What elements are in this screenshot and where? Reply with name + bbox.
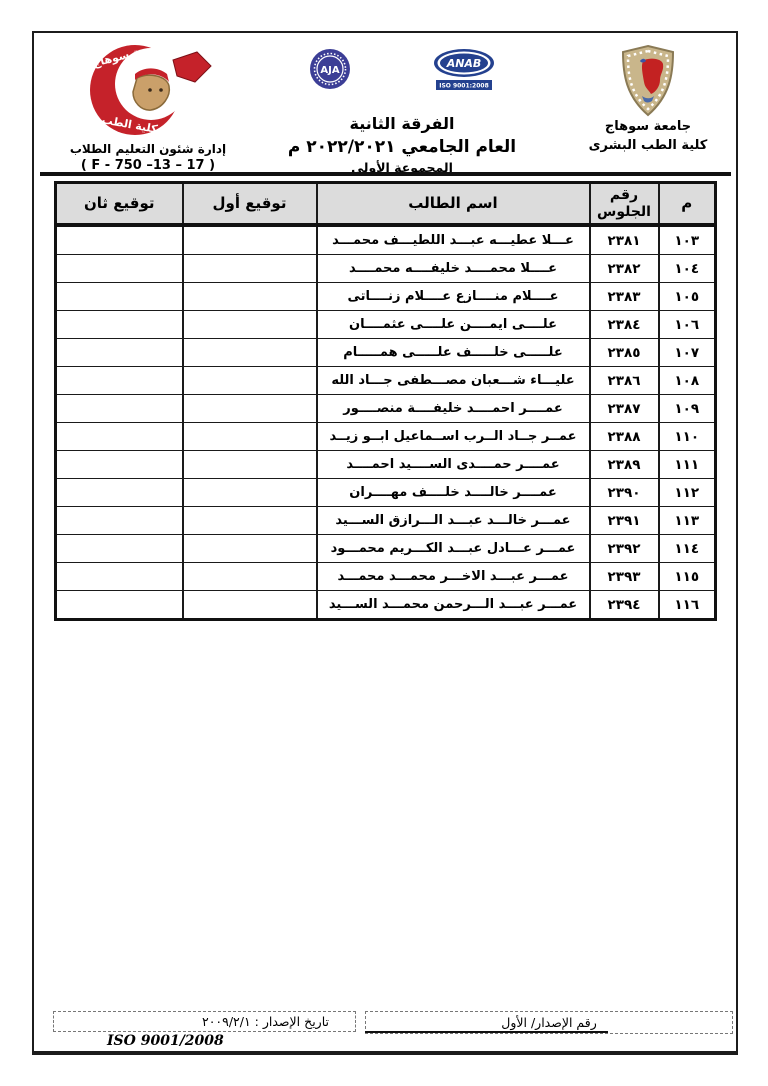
students-tbody: ١٠٣ ٢٣٨١ عـــلا عطيـــه عبـــد اللطيـــف… (56, 225, 716, 620)
student-row: ١١٠ ٢٣٨٨ عمــر جــاد الــرب اســماعيل اب… (56, 423, 716, 451)
seat-number-cell: ٢٣٨٢ (590, 255, 659, 283)
seat-number-cell: ٢٣٨٨ (590, 423, 659, 451)
student-row: ١٠٣ ٢٣٨١ عـــلا عطيـــه عبـــد اللطيـــف… (56, 225, 716, 255)
student-name-cell: عمـــر عـــادل عبـــد الكـــريم محمـــود (317, 535, 590, 563)
seat-number-cell: ٢٣٨٧ (590, 395, 659, 423)
serial-cell: ١١١ (659, 451, 716, 479)
second-signature-cell (56, 395, 183, 423)
student-name-cell: عمـــر عبـــد الاخـــر محمـــد محمـــد (317, 563, 590, 591)
seat-number-cell: ٢٣٩٣ (590, 563, 659, 591)
student-name-cell: علــــى ايمــــن علــــى عثمــــان (317, 311, 590, 339)
col-second-signature-header: توقيع ثان (56, 183, 183, 226)
form-code: ( F - 750 –13 – 17 ) (58, 158, 238, 173)
header-title-block: ANAB ISO 9001:2008 AJA الفرقة الثانية ال… (272, 48, 532, 175)
table-header-row: م رقم الجلوس اسم الطالب توقيع أول توقيع … (56, 183, 716, 226)
student-name-cell: علـــــى خلـــــف علـــــى همـــــام (317, 339, 590, 367)
seat-number-cell: ٢٣٨٦ (590, 367, 659, 395)
student-row: ١٠٧ ٢٣٨٥ علـــــى خلـــــف علـــــى همــ… (56, 339, 716, 367)
issue-date-box: تاريخ الإصدار : ٢٠٠٩/٢/١ (53, 1011, 356, 1032)
first-signature-cell (183, 535, 317, 563)
seat-number-cell: ٢٣٨٤ (590, 311, 659, 339)
serial-cell: ١٠٧ (659, 339, 716, 367)
student-name-cell: عمـــر خالـــد عبـــد الـــرازق الســـيد (317, 507, 590, 535)
serial-cell: ١١٦ (659, 591, 716, 620)
header-department-block: جامعة سوهاج كلية الطب إدارة شئون التعليم… (58, 42, 238, 173)
iso-certification-label: ISO 9001/2008 (107, 1033, 224, 1049)
student-row: ١١٦ ٢٣٩٤ عمـــر عبـــد الـــرحمن محمـــد… (56, 591, 716, 620)
student-row: ١١٢ ٢٣٩٠ عمــــر خالــــد خلــــف مهــــ… (56, 479, 716, 507)
serial-cell: ١١٢ (659, 479, 716, 507)
svg-text:AJA: AJA (320, 65, 339, 76)
second-signature-cell (56, 591, 183, 620)
student-name-cell: عمــــر حمــــدى الســــيد احمــــد (317, 451, 590, 479)
student-row: ١١٥ ٢٣٩٣ عمـــر عبـــد الاخـــر محمـــد … (56, 563, 716, 591)
seat-number-cell: ٢٣٨٣ (590, 283, 659, 311)
second-signature-cell (56, 367, 183, 395)
serial-cell: ١١٣ (659, 507, 716, 535)
student-name-cell: عمــــر احمــــد خليفــــة منصــــور (317, 395, 590, 423)
university-name: جامعة سوهاج (578, 118, 718, 137)
first-signature-cell (183, 423, 317, 451)
student-row: ١٠٦ ٢٣٨٤ علــــى ايمــــن علــــى عثمـــ… (56, 311, 716, 339)
col-serial-header: م (659, 183, 716, 226)
first-signature-cell (183, 311, 317, 339)
first-signature-cell (183, 507, 317, 535)
second-signature-cell (56, 311, 183, 339)
header-divider-rule (40, 172, 731, 176)
first-signature-cell (183, 395, 317, 423)
serial-cell: ١١٤ (659, 535, 716, 563)
second-signature-cell (56, 479, 183, 507)
seat-number-cell: ٢٣٨١ (590, 225, 659, 255)
second-signature-cell (56, 255, 183, 283)
second-signature-cell (56, 339, 183, 367)
accreditation-logos: ANAB ISO 9001:2008 AJA (272, 48, 532, 112)
seat-number-cell: ٢٣٩١ (590, 507, 659, 535)
student-name-cell: عــــلا محمــــد خليفــــه محمــــد (317, 255, 590, 283)
second-signature-cell (56, 283, 183, 311)
first-signature-cell (183, 591, 317, 620)
header-university-block: جامعة سوهاج كلية الطب البشرى (578, 44, 718, 156)
student-name-cell: عمـــر عبـــد الـــرحمن محمـــد الســـيد (317, 591, 590, 620)
seat-number-cell: ٢٣٨٩ (590, 451, 659, 479)
issue-number-underline (365, 1031, 608, 1033)
aja-logo-icon: AJA (309, 48, 351, 90)
student-name-cell: عـــلا عطيـــه عبـــد اللطيـــف محمـــد (317, 225, 590, 255)
col-seat-number-header: رقم الجلوس (590, 183, 659, 226)
university-shield-icon (618, 44, 678, 118)
faculty-crescent-logo-icon: جامعة سوهاج كلية الطب (77, 42, 219, 138)
first-signature-cell (183, 479, 317, 507)
second-signature-cell (56, 563, 183, 591)
svg-text:ISO 9001:2008: ISO 9001:2008 (439, 83, 489, 90)
first-signature-cell (183, 283, 317, 311)
academic-year: العام الجامعي ٢٠٢٢/٢٠٢١ م (272, 137, 532, 157)
first-signature-cell (183, 563, 317, 591)
student-name-cell: عمــــر خالــــد خلــــف مهــــران (317, 479, 590, 507)
col-first-signature-header: توقيع أول (183, 183, 317, 226)
second-signature-cell (56, 451, 183, 479)
serial-cell: ١٠٥ (659, 283, 716, 311)
student-row: ١٠٤ ٢٣٨٢ عــــلا محمــــد خليفــــه محمـ… (56, 255, 716, 283)
student-row: ١٠٨ ٢٣٨٦ عليـــاء شـــعبان مصـــطفى جـــ… (56, 367, 716, 395)
first-signature-cell (183, 451, 317, 479)
second-signature-cell (56, 535, 183, 563)
issue-date-label: تاريخ الإصدار : ٢٠٠٩/٢/١ (202, 1014, 329, 1029)
second-signature-cell (56, 423, 183, 451)
col-student-name-header: اسم الطالب (317, 183, 590, 226)
serial-cell: ١٠٣ (659, 225, 716, 255)
second-signature-cell (56, 225, 183, 255)
serial-cell: ١٠٦ (659, 311, 716, 339)
document-page: جامعة سوهاج كلية الطب البشرى ANAB ISO 90… (0, 0, 768, 1086)
grade-title: الفرقة الثانية (272, 114, 532, 133)
seat-number-cell: ٢٣٩٠ (590, 479, 659, 507)
student-name-cell: عــــلام منــــازع عــــلام زنــــاتى (317, 283, 590, 311)
student-row: ١١١ ٢٣٨٩ عمــــر حمــــدى الســــيد احمـ… (56, 451, 716, 479)
student-row: ١١٤ ٢٣٩٢ عمـــر عـــادل عبـــد الكـــريم… (56, 535, 716, 563)
issue-number-label: رقم الإصدار/ الأول (501, 1015, 597, 1030)
first-signature-cell (183, 255, 317, 283)
student-row: ١٠٩ ٢٣٨٧ عمــــر احمــــد خليفــــة منصـ… (56, 395, 716, 423)
seat-number-cell: ٢٣٨٥ (590, 339, 659, 367)
anab-logo-icon: ANAB ISO 9001:2008 (432, 48, 496, 92)
serial-cell: ١٠٤ (659, 255, 716, 283)
department-name: إدارة شئون التعليم الطلاب (58, 142, 238, 156)
student-row: ١١٣ ٢٣٩١ عمـــر خالـــد عبـــد الـــرازق… (56, 507, 716, 535)
serial-cell: ١١٥ (659, 563, 716, 591)
faculty-name: كلية الطب البشرى (578, 137, 718, 156)
seat-number-cell: ٢٣٩٤ (590, 591, 659, 620)
serial-cell: ١٠٩ (659, 395, 716, 423)
second-signature-cell (56, 507, 183, 535)
students-table: م رقم الجلوس اسم الطالب توقيع أول توقيع … (54, 181, 717, 621)
student-name-cell: عمــر جــاد الــرب اســماعيل ابــو زيــد (317, 423, 590, 451)
student-name-cell: عليـــاء شـــعبان مصـــطفى جـــاد الله (317, 367, 590, 395)
serial-cell: ١١٠ (659, 423, 716, 451)
first-signature-cell (183, 339, 317, 367)
seat-number-cell: ٢٣٩٢ (590, 535, 659, 563)
first-signature-cell (183, 225, 317, 255)
serial-cell: ١٠٨ (659, 367, 716, 395)
svg-text:ANAB: ANAB (445, 57, 481, 70)
students-table-wrapper: م رقم الجلوس اسم الطالب توقيع أول توقيع … (57, 181, 717, 621)
student-row: ١٠٥ ٢٣٨٣ عــــلام منــــازع عــــلام زنـ… (56, 283, 716, 311)
first-signature-cell (183, 367, 317, 395)
